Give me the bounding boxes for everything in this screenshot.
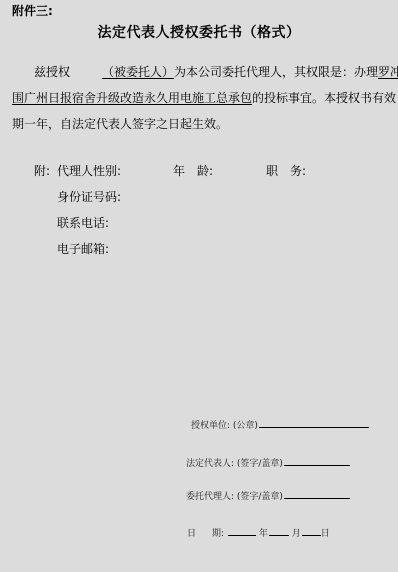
- legal-rep-row: 法定代表人: (签字/盖章): [186, 455, 350, 469]
- date-label-part2: 期:: [212, 529, 224, 539]
- agent-row: 委托代理人: (签字/盖章): [186, 488, 350, 502]
- month-label: 月: [292, 529, 301, 539]
- date-year-blank[interactable]: [228, 525, 256, 536]
- date-month-blank[interactable]: [269, 525, 289, 536]
- project-name-part2: 围广州日报宿舍升级改造永久用电施工总承包: [12, 91, 252, 105]
- legal-rep-label: 法定代表人: (签字/盖章): [186, 459, 283, 469]
- id-number-field-label: 身份证号码:: [57, 188, 121, 205]
- position-field-label: 职 务:: [266, 162, 306, 179]
- fields-prefix: 附:: [34, 162, 50, 179]
- attachment-label: 附件三:: [12, 2, 53, 19]
- project-name-part1: 罗冲: [378, 65, 398, 79]
- authority-text: 为本公司委托代理人，其权限是：办理: [174, 65, 378, 79]
- grant-text: 兹授权: [34, 65, 70, 79]
- agent-placeholder: （被委托人）: [102, 65, 174, 79]
- phone-field-label: 联系电话:: [57, 214, 109, 231]
- age-field-label: 年 龄:: [173, 162, 213, 179]
- agent-name-blank[interactable]: （被委托人）: [70, 65, 174, 79]
- day-label: 日: [321, 529, 330, 539]
- date-row: 日期: 年 月日: [187, 525, 330, 539]
- authorizing-unit-row: 授权单位: (公章): [191, 417, 369, 431]
- agent-signature-line[interactable]: [284, 488, 350, 499]
- agent-label: 委托代理人: (签字/盖章): [186, 492, 283, 502]
- authorizing-unit-signature-line[interactable]: [259, 417, 369, 428]
- gender-field-label: 代理人性别:: [57, 162, 121, 179]
- document-title: 法定代表人授权委托书（格式）: [0, 22, 398, 42]
- effective-text: 期一年，自法定代表人签字之日起生效。: [12, 117, 228, 131]
- year-label: 年: [259, 529, 268, 539]
- validity-text: 的投标事宜。本授权书有效: [252, 91, 396, 105]
- legal-rep-signature-line[interactable]: [284, 455, 350, 466]
- date-day-blank[interactable]: [302, 525, 321, 536]
- email-field-label: 电子邮箱:: [57, 240, 109, 257]
- date-label-part1: 日: [187, 529, 196, 539]
- paragraph-line-2: 围广州日报宿舍升级改造永久用电施工总承包的投标事宜。本授权书有效: [12, 90, 396, 106]
- authorizing-unit-label: 授权单位: (公章): [191, 421, 258, 431]
- paragraph-line-1: 兹授权（被委托人）为本公司委托代理人，其权限是：办理罗冲: [34, 64, 398, 80]
- paragraph-line-3: 期一年，自法定代表人签字之日起生效。: [12, 116, 228, 132]
